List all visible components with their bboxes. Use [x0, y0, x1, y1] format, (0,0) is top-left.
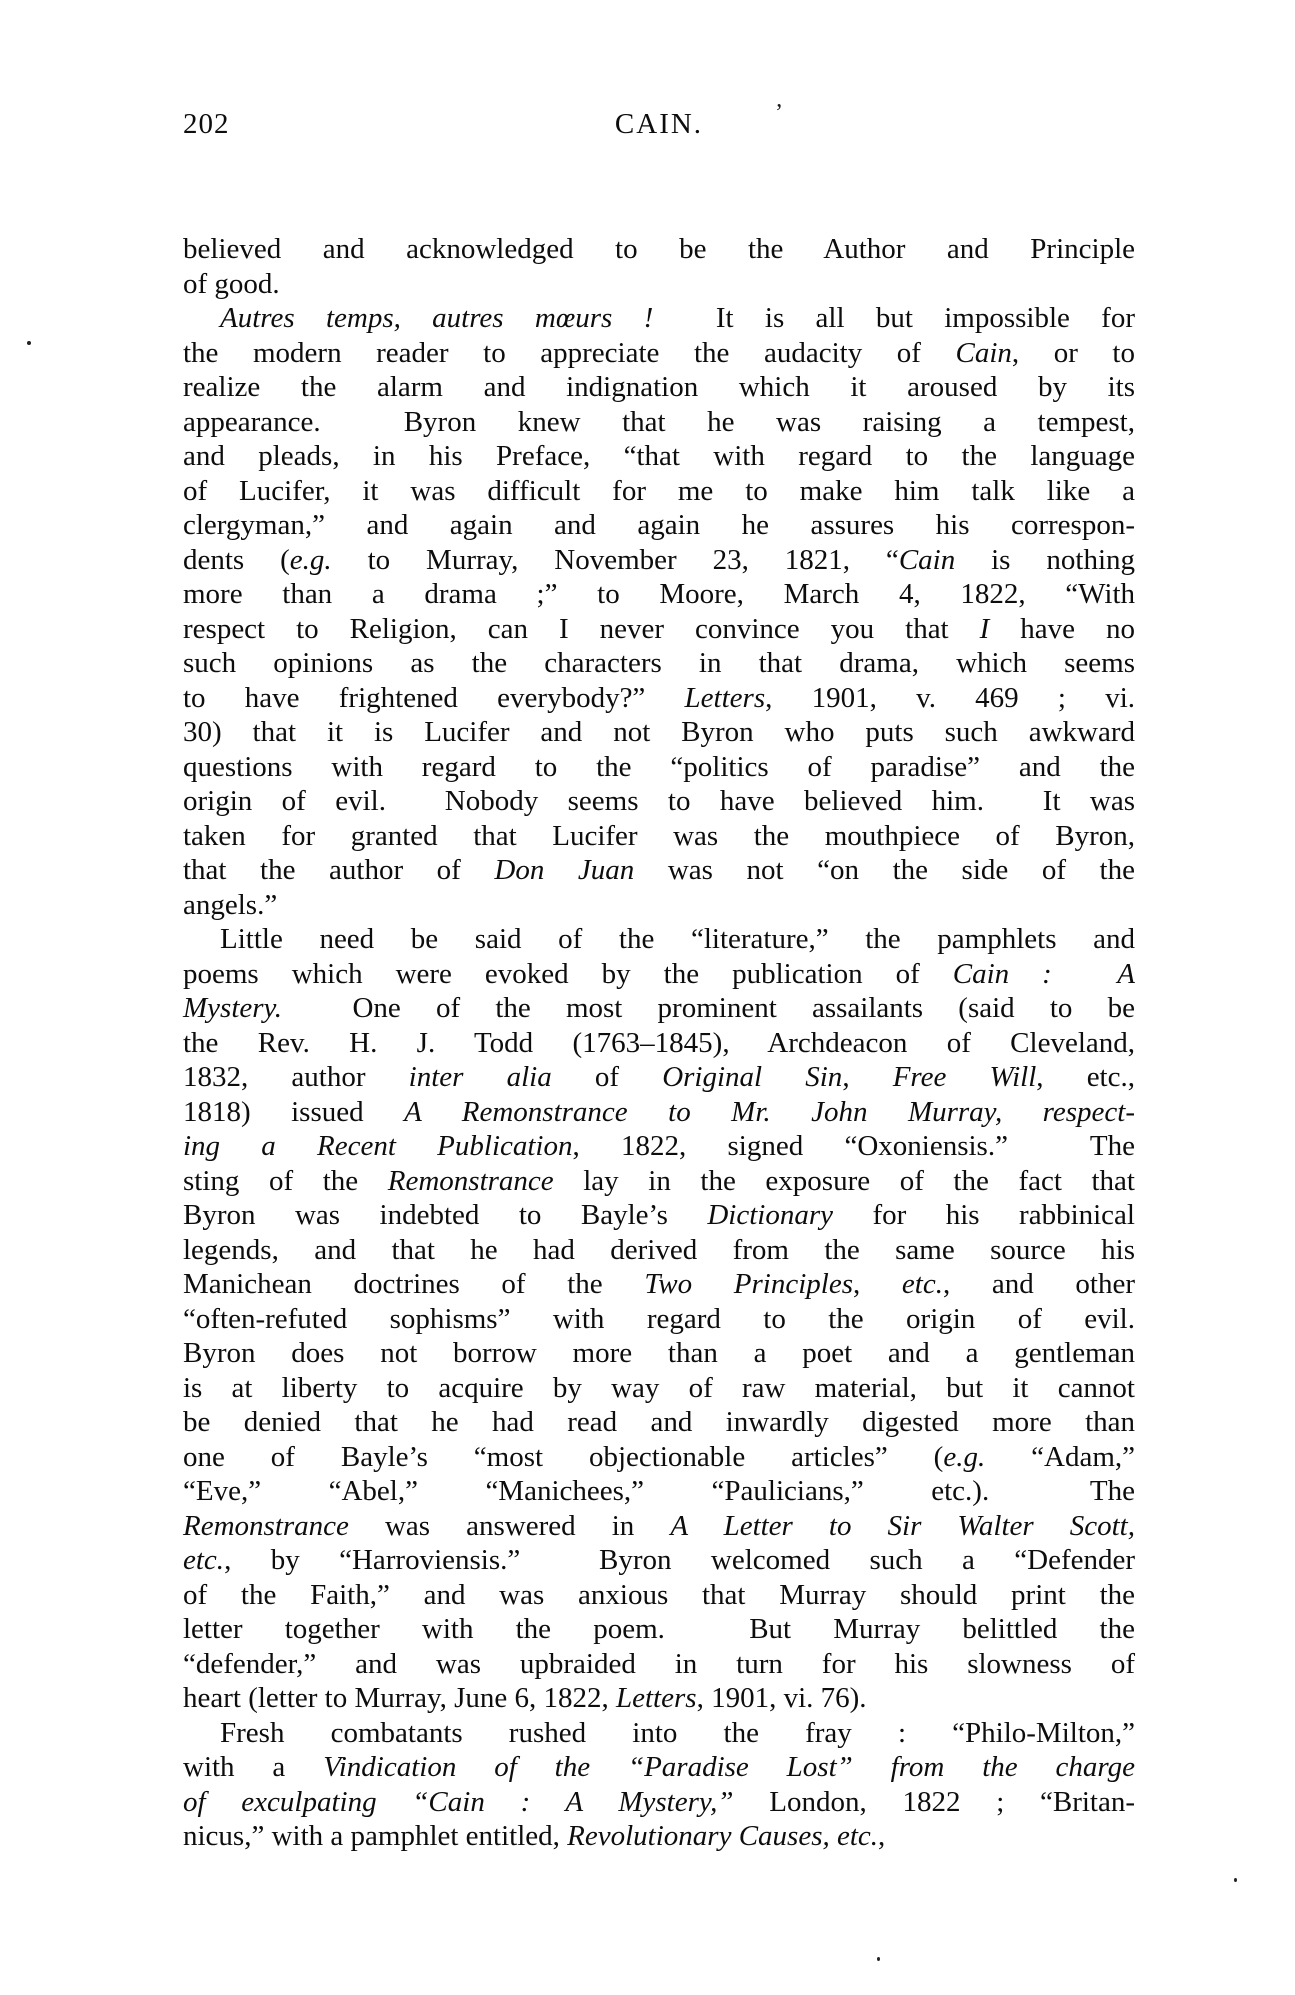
text-line: “defender,” and was upbraided in turn fo… [183, 1647, 1135, 1682]
text-line: appearance. Byron knew that he was raisi… [183, 405, 1135, 440]
italic-text-segment: Mystery. [183, 992, 282, 1024]
text-segment: of the Faith,” and was anxious that Murr… [183, 1579, 1135, 1611]
text-segment: “defender,” and was upbraided in turn fo… [183, 1648, 1135, 1680]
text-segment: and pleads, in his Preface, “that with r… [183, 440, 1135, 472]
text-line: Little need be said of the “literature,”… [183, 922, 1135, 957]
text-segment: the Rev. H. J. Todd (1763–1845), Archdea… [183, 1027, 1135, 1059]
text-line: Byron does not borrow more than a poet a… [183, 1336, 1135, 1371]
text-segment: one of Bayle’s “most objectionable artic… [183, 1441, 943, 1473]
text-segment: taken for granted that Lucifer was the m… [183, 820, 1135, 852]
text-segment: to Murray, November 23, 1821, “ [332, 544, 899, 576]
running-header: 202 CAIN. [183, 106, 1135, 142]
text-segment: “Eve,” “Abel,” “Manichees,” “Paulicians,… [183, 1475, 1135, 1507]
text-segment: It is all but impossible for [653, 302, 1135, 334]
text-line: one of Bayle’s “most objectionable artic… [183, 1440, 1135, 1475]
text-segment: respect to Religion, can I never convinc… [183, 613, 980, 645]
book-page: 202 CAIN. ’ believed and acknowledged to… [0, 0, 1295, 1995]
text-segment: legends, and that he had derived from th… [183, 1234, 1135, 1266]
text-line: such opinions as the characters in that … [183, 646, 1135, 681]
text-line: nicus,” with a pamphlet entitled, Revolu… [183, 1819, 1135, 1854]
text-segment: Fresh combatants rushed into the fray : … [220, 1717, 1135, 1749]
scan-speck [1234, 1878, 1237, 1882]
italic-text-segment: Remonstrance [388, 1165, 554, 1197]
text-segment: was not “on the side of the [634, 854, 1135, 886]
text-line: Byron was indebted to Bayle’s Dictionary… [183, 1198, 1135, 1233]
text-segment: of Lucifer, it was difficult for me to m… [183, 475, 1135, 507]
text-segment: “often-refuted sophisms” with regard to … [183, 1303, 1135, 1335]
scan-speck [27, 341, 31, 345]
text-line: more than a drama ;” to Moore, March 4, … [183, 577, 1135, 612]
italic-text-segment: Original Sin [662, 1061, 842, 1093]
text-line: “Eve,” “Abel,” “Manichees,” “Paulicians,… [183, 1474, 1135, 1509]
italic-text-segment: Cain [955, 337, 1011, 369]
text-segment: origin of evil. Nobody seems to have bel… [183, 785, 1135, 817]
text-line: be denied that he had read and inwardly … [183, 1405, 1135, 1440]
italic-text-segment: Cain [899, 544, 955, 576]
text-line: Mystery. One of the most prominent assai… [183, 991, 1135, 1026]
text-line: poems which were evoked by the publicati… [183, 957, 1135, 992]
running-title: CAIN. [183, 106, 1135, 142]
text-line: sting of the Remonstrance lay in the exp… [183, 1164, 1135, 1199]
text-segment: , 1822, signed “Oxoniensis.” The [573, 1130, 1136, 1162]
text-line: dents (e.g. to Murray, November 23, 1821… [183, 543, 1135, 578]
italic-text-segment: Remonstrance [183, 1510, 349, 1542]
text-segment: , or to [1012, 337, 1135, 369]
text-segment: of [552, 1061, 662, 1093]
italic-text-segment: Don Juan [494, 854, 634, 886]
text-line: is at liberty to acquire by way of raw m… [183, 1371, 1135, 1406]
text-line: ing a Recent Publication, 1822, signed “… [183, 1129, 1135, 1164]
text-line: etc., by “Harroviensis.” Byron welcomed … [183, 1543, 1135, 1578]
text-line: realize the alarm and indignation which … [183, 370, 1135, 405]
text-line: Manichean doctrines of the Two Principle… [183, 1267, 1135, 1302]
text-segment: Byron was indebted to Bayle’s [183, 1199, 707, 1231]
text-line: 1818) issued A Remonstrance to Mr. John … [183, 1095, 1135, 1130]
text-segment: One of the most prominent assailants (sa… [282, 992, 1135, 1024]
text-segment: for his rabbinical [833, 1199, 1135, 1231]
text-line: Autres temps, autres mœurs ! It is all b… [183, 301, 1135, 336]
italic-text-segment: of exculpating “Cain : A Mystery,” [183, 1786, 734, 1818]
text-segment: the modern reader to appreciate the auda… [183, 337, 955, 369]
text-line: Remonstrance was answered in A Letter to… [183, 1509, 1135, 1544]
text-line: of good. [183, 267, 1135, 302]
text-segment: sting of the [183, 1165, 388, 1197]
text-segment: Little need be said of the “literature,”… [220, 923, 1135, 955]
italic-text-segment: Letters [616, 1682, 697, 1714]
text-line: taken for granted that Lucifer was the m… [183, 819, 1135, 854]
text-segment: believed and acknowledged to be the Auth… [183, 233, 1135, 265]
italic-text-segment: etc. [183, 1544, 224, 1576]
text-line: the modern reader to appreciate the auda… [183, 336, 1135, 371]
text-segment: is nothing [955, 544, 1135, 576]
text-segment: , and other [943, 1268, 1135, 1300]
text-segment: , 1901, vi. 76). [697, 1682, 867, 1714]
italic-text-segment: A Letter to Sir Walter Scott, [670, 1510, 1135, 1542]
text-segment: be denied that he had read and inwardly … [183, 1406, 1135, 1438]
italic-text-segment: Vindication of the “Paradise Lost” from … [323, 1751, 1135, 1783]
text-line: questions with regard to the “politics o… [183, 750, 1135, 785]
text-segment: more than a drama ;” to Moore, March 4, … [183, 578, 1135, 610]
text-segment: 30) that it is Lucifer and not Byron who… [183, 716, 1135, 748]
text-segment: poems which were evoked by the publicati… [183, 958, 953, 990]
text-line: heart (letter to Murray, June 6, 1822, L… [183, 1681, 1135, 1716]
page-body: believed and acknowledged to be the Auth… [183, 232, 1135, 1854]
text-segment: , [842, 1061, 892, 1093]
italic-text-segment: I [980, 613, 990, 645]
text-line: that the author of Don Juan was not “on … [183, 853, 1135, 888]
text-segment: Manichean doctrines of the [183, 1268, 644, 1300]
text-segment: is at liberty to acquire by way of raw m… [183, 1372, 1135, 1404]
italic-text-segment: Letters [685, 682, 766, 714]
text-segment: angels.” [183, 889, 277, 921]
text-line: origin of evil. Nobody seems to have bel… [183, 784, 1135, 819]
text-line: 30) that it is Lucifer and not Byron who… [183, 715, 1135, 750]
italic-text-segment: Two Principles [644, 1268, 853, 1300]
text-segment: , 1901, v. 469 ; vi. [765, 682, 1135, 714]
text-segment: clergyman,” and again and again he assur… [183, 509, 1135, 541]
italic-text-segment: A Remonstrance to Mr. John Murray, respe… [404, 1096, 1135, 1128]
italic-text-segment: inter alia [409, 1061, 552, 1093]
text-line: to have frightened everybody?” Letters, … [183, 681, 1135, 716]
text-segment: was answered in [349, 1510, 670, 1542]
italic-text-segment: Cain : A [953, 958, 1135, 990]
italic-text-segment: Autres temps, autres mœurs ! [220, 302, 653, 334]
text-segment: Byron does not borrow more than a poet a… [183, 1337, 1135, 1369]
text-segment: dents ( [183, 544, 290, 576]
text-line: clergyman,” and again and again he assur… [183, 508, 1135, 543]
text-segment: “Adam,” [985, 1441, 1135, 1473]
text-segment: , etc., [1036, 1061, 1135, 1093]
italic-text-segment: Free Will [893, 1061, 1037, 1093]
scan-stray-mark: ’ [775, 100, 783, 127]
text-segment: 1832, author [183, 1061, 409, 1093]
text-line: angels.” [183, 888, 1135, 923]
scan-speck [877, 1957, 880, 1961]
text-segment: London, 1822 ; “Britan- [734, 1786, 1135, 1818]
italic-text-segment: ing a Recent Publication [183, 1130, 573, 1162]
text-line: Fresh combatants rushed into the fray : … [183, 1716, 1135, 1751]
text-line: believed and acknowledged to be the Auth… [183, 232, 1135, 267]
text-segment: have no [989, 613, 1135, 645]
text-line: legends, and that he had derived from th… [183, 1233, 1135, 1268]
text-segment: , [878, 1820, 885, 1852]
text-segment: nicus,” with a pamphlet entitled, [183, 1820, 567, 1852]
italic-text-segment: Dictionary [707, 1199, 833, 1231]
text-segment: appearance. Byron knew that he was raisi… [183, 406, 1135, 438]
text-segment: with a [183, 1751, 323, 1783]
text-segment: 1818) issued [183, 1096, 404, 1128]
italic-text-segment: e.g. [943, 1441, 985, 1473]
text-line: respect to Religion, can I never convinc… [183, 612, 1135, 647]
text-segment: letter together with the poem. But Murra… [183, 1613, 1135, 1645]
text-segment: of good. [183, 268, 280, 300]
text-segment: that the author of [183, 854, 494, 886]
text-line: with a Vindication of the “Paradise Lost… [183, 1750, 1135, 1785]
text-line: of the Faith,” and was anxious that Murr… [183, 1578, 1135, 1613]
text-segment: to have frightened everybody?” [183, 682, 685, 714]
italic-text-segment: Revolutionary Causes, etc. [567, 1820, 878, 1852]
text-segment: , by “Harroviensis.” Byron welcomed such… [224, 1544, 1135, 1576]
text-line: 1832, author inter alia of Original Sin,… [183, 1060, 1135, 1095]
text-segment: , [853, 1268, 902, 1300]
text-segment: questions with regard to the “politics o… [183, 751, 1135, 783]
italic-text-segment: e.g. [290, 544, 332, 576]
text-line: of Lucifer, it was difficult for me to m… [183, 474, 1135, 509]
text-segment: realize the alarm and indignation which … [183, 371, 1135, 403]
text-segment: heart (letter to Murray, June 6, 1822, [183, 1682, 616, 1714]
text-line: “often-refuted sophisms” with regard to … [183, 1302, 1135, 1337]
text-segment: such opinions as the characters in that … [183, 647, 1135, 679]
italic-text-segment: etc. [902, 1268, 943, 1300]
text-line: of exculpating “Cain : A Mystery,” Londo… [183, 1785, 1135, 1820]
text-line: letter together with the poem. But Murra… [183, 1612, 1135, 1647]
text-line: and pleads, in his Preface, “that with r… [183, 439, 1135, 474]
text-line: the Rev. H. J. Todd (1763–1845), Archdea… [183, 1026, 1135, 1061]
text-segment: lay in the exposure of the fact that [554, 1165, 1135, 1197]
